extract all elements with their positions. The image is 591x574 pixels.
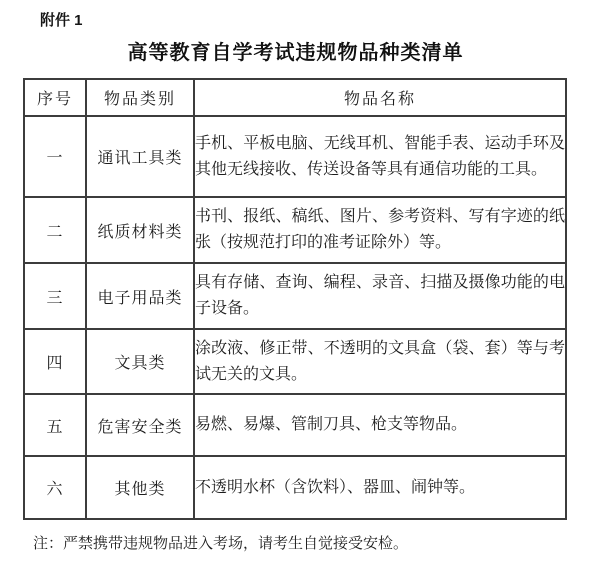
header-item-name: 物品名称 [194,79,566,116]
cell-item-names: 书刊、报纸、稿纸、图片、参考资料、写有字迹的纸张（按规范打印的准考证除外）等。 [194,197,566,263]
table-row: 一通讯工具类手机、平板电脑、无线耳机、智能手表、运动手环及其他无线接收、传送设备… [24,116,566,197]
cell-serial-number: 一 [24,116,86,197]
cell-item-names: 手机、平板电脑、无线耳机、智能手表、运动手环及其他无线接收、传送设备等具有通信功… [194,116,566,197]
cell-item-names: 不透明水杯（含饮料）、器皿、闹钟等。 [194,456,566,519]
cell-serial-number: 六 [24,456,86,519]
table-header-row: 序号 物品类别 物品名称 [24,79,566,116]
document-page: 附件 1 高等教育自学考试违规物品种类清单 序号 物品类别 物品名称 一通讯工具… [0,0,591,574]
cell-item-names: 涂改液、修正带、不透明的文具盒（袋、套）等与考试无关的文具。 [194,329,566,394]
table-row: 四文具类涂改液、修正带、不透明的文具盒（袋、套）等与考试无关的文具。 [24,329,566,394]
table-body: 一通讯工具类手机、平板电脑、无线耳机、智能手表、运动手环及其他无线接收、传送设备… [24,116,566,519]
footnote: 注：严禁携带违规物品进入考场，请考生自觉接受安检。 [33,534,591,554]
cell-item-category: 文具类 [86,329,194,394]
table-header: 序号 物品类别 物品名称 [24,79,566,116]
cell-item-category: 通讯工具类 [86,116,194,197]
table-row: 六其他类不透明水杯（含饮料）、器皿、闹钟等。 [24,456,566,519]
cell-item-category: 其他类 [86,456,194,519]
table-row: 二纸质材料类书刊、报纸、稿纸、图片、参考资料、写有字迹的纸张（按规范打印的准考证… [24,197,566,263]
cell-item-category: 纸质材料类 [86,197,194,263]
document-title: 高等教育自学考试违规物品种类清单 [0,40,591,66]
table-row: 五危害安全类易燃、易爆、管制刀具、枪支等物品。 [24,394,566,456]
cell-item-names: 易燃、易爆、管制刀具、枪支等物品。 [194,394,566,456]
cell-item-names: 具有存储、查询、编程、录音、扫描及摄像功能的电子设备。 [194,263,566,329]
cell-item-category: 危害安全类 [86,394,194,456]
table-row: 三电子用品类具有存储、查询、编程、录音、扫描及摄像功能的电子设备。 [24,263,566,329]
cell-serial-number: 二 [24,197,86,263]
prohibited-items-table: 序号 物品类别 物品名称 一通讯工具类手机、平板电脑、无线耳机、智能手表、运动手… [23,78,567,520]
header-item-category: 物品类别 [86,79,194,116]
attachment-label: 附件 1 [40,10,591,32]
cell-serial-number: 五 [24,394,86,456]
cell-serial-number: 三 [24,263,86,329]
cell-item-category: 电子用品类 [86,263,194,329]
header-serial-number: 序号 [24,79,86,116]
cell-serial-number: 四 [24,329,86,394]
